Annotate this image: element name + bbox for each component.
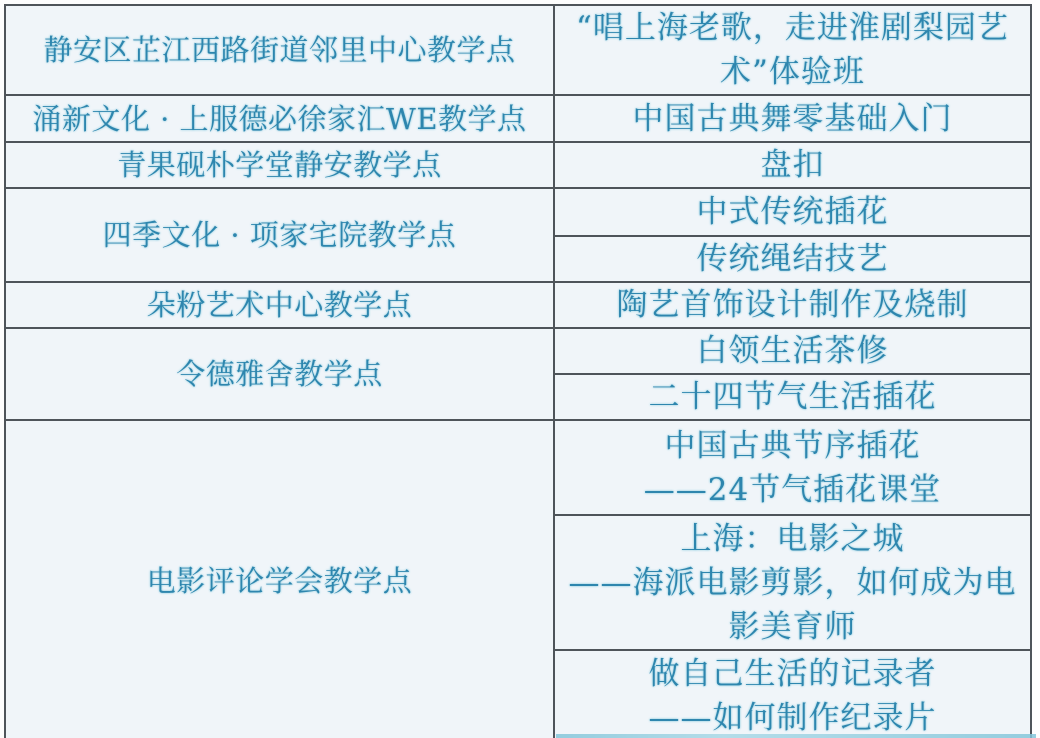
course-cell: 二十四节气生活插花	[554, 374, 1031, 420]
course-cell: 中国古典节序插花 ——24节气插花课堂	[554, 420, 1031, 515]
teaching-sites-course-table: 静安区芷江西路街道邻里中心教学点 “唱上海老歌，走进淮剧梨园艺术”体验班 涌新文…	[4, 4, 1032, 738]
site-cell: 青果砚朴学堂静安教学点	[5, 142, 554, 188]
site-cell: 四季文化 · 项家宅院教学点	[5, 188, 554, 282]
page: 静安区芷江西路街道邻里中心教学点 “唱上海老歌，走进淮剧梨园艺术”体验班 涌新文…	[0, 0, 1040, 738]
course-cell: 做自己生活的记录者 ——如何制作纪录片	[554, 650, 1031, 738]
next-row-cutoff-strip	[556, 734, 1036, 738]
course-cell: 白领生活茶修	[554, 328, 1031, 374]
site-cell: 电影评论学会教学点	[5, 420, 554, 738]
course-cell: 中式传统插花	[554, 188, 1031, 236]
site-cell: 涌新文化 · 上服德必徐家汇WE教学点	[5, 95, 554, 142]
site-cell: 朵粉艺术中心教学点	[5, 282, 554, 328]
course-cell: 上海：电影之城 ——海派电影剪影，如何成为电影美育师	[554, 515, 1031, 650]
course-cell: 中国古典舞零基础入门	[554, 95, 1031, 142]
course-cell: “唱上海老歌，走进淮剧梨园艺术”体验班	[554, 5, 1031, 95]
course-cell: 陶艺首饰设计制作及烧制	[554, 282, 1031, 328]
course-cell: 传统绳结技艺	[554, 236, 1031, 282]
course-cell: 盘扣	[554, 142, 1031, 188]
site-cell: 静安区芷江西路街道邻里中心教学点	[5, 5, 554, 95]
site-cell: 令德雅舍教学点	[5, 328, 554, 420]
